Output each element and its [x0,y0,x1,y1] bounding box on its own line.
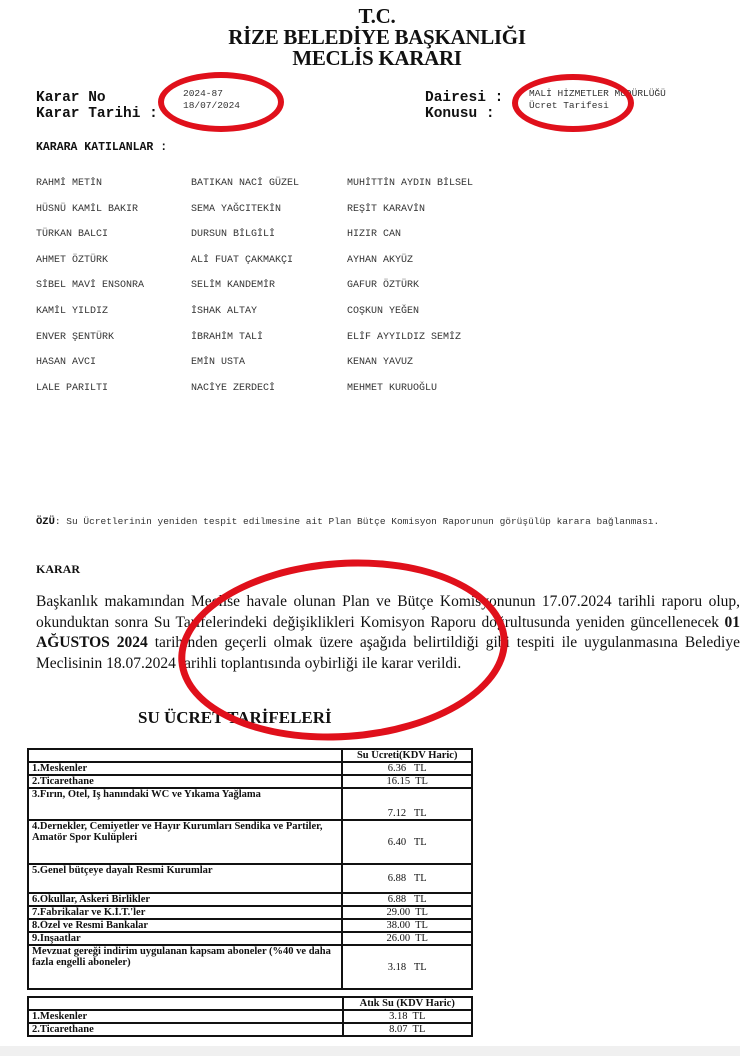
participant-name: SİBEL MAVİ ENSONRA [36,280,144,291]
tariff-price: 6.36 TL [342,762,472,775]
tariff-category: 6.Okullar, Askeri Birlikler [28,893,342,906]
tariff-category: 5.Genel bütçeye dayalı Resmi Kurumlar [28,864,342,893]
tariff-price: 6.40 TL [342,820,472,864]
tariff-category: 8.Özel ve Resmi Bankalar [28,919,342,932]
table-row: 2.Ticarethane8.07 TL [28,1023,472,1036]
participant-name: HIZIR CAN [347,229,401,240]
participant-name: TÜRKAN BALCI [36,229,108,240]
tariff-category: 3.Fırın, Otel, Iş hanındaki WC ve Yıkama… [28,788,342,820]
table-row: 5.Genel bütçeye dayalı Resmi Kurumlar6.8… [28,864,472,893]
table-header-row: Su Ücreti(KDV Haric) [28,749,472,762]
page-bottom-edge [0,1046,740,1056]
participant-name: MEHMET KURUOĞLU [347,383,437,394]
title-tc: T.C. [0,6,740,27]
tariff-category: 2.Ticarethane [28,775,342,788]
participant-name: GAFUR ÖZTÜRK [347,280,419,291]
wastewater-fee-header: Atık Su (KDV Haric) [343,997,472,1010]
participant-name: RAHMİ METİN [36,178,102,189]
table-row: 1.Meskenler6.36 TL [28,762,472,775]
karar-no-label: Karar No [36,90,106,106]
table-row: 4.Dernekler, Cemiyetler ve Hayır Kurumla… [28,820,472,864]
table-row: Mevzuat gereği indirim uygulanan kapsam … [28,945,472,989]
tariff-price: 6.88 TL [342,893,472,906]
tariff-price: 29.00 TL [342,906,472,919]
water-fee-header: Su Ücreti(KDV Haric) [342,749,472,762]
summary-paragraph: ÖZÜ: Su Ücretlerinin yeniden tespit edil… [36,514,706,530]
participant-name: AYHAN AKYÜZ [347,255,413,266]
table-row: 3.Fırın, Otel, Iş hanındaki WC ve Yıkama… [28,788,472,820]
tariff-price: 3.18 TL [343,1010,472,1023]
participant-name: EMİN USTA [191,357,245,368]
participant-name: AHMET ÖZTÜRK [36,255,108,266]
participant-name: SEMA YAĞCITEKİN [191,204,281,215]
table-row: 9.Inşaatlar26.00 TL [28,932,472,945]
tariff-category: 9.Inşaatlar [28,932,342,945]
participant-name: MUHİTTİN AYDIN BİLSEL [347,178,473,189]
tariff-category: 1.Meskenler [28,762,342,775]
participants-heading: KARARA KATILANLAR : [36,141,167,154]
summary-label: ÖZÜ [36,516,55,528]
participant-name: HÜSNÜ KAMİL BAKIR [36,204,138,215]
tariff-price: 6.88 TL [342,864,472,893]
tariff-price: 16.15 TL [342,775,472,788]
participant-name: ALİ FUAT ÇAKMAKÇI [191,255,293,266]
participant-name: ENVER ŞENTÜRK [36,332,114,343]
water-tariff-table: Su Ücreti(KDV Haric) 1.Meskenler6.36 TL2… [27,748,473,990]
participant-name: KAMİL YILDIZ [36,306,108,317]
konusu-label: Konusu : [425,106,495,122]
participant-name: SELİM KANDEMİR [191,280,275,291]
title-municipality: RİZE BELEDİYE BAŞKANLIĞI [0,27,740,48]
dairesi-label: Dairesi : [425,90,503,106]
tariff-price: 7.12 TL [342,788,472,820]
document-title: T.C. RİZE BELEDİYE BAŞKANLIĞI MECLİS KAR… [0,6,740,69]
tariff-category: 4.Dernekler, Cemiyetler ve Hayır Kurumla… [28,820,342,864]
tariff-price: 26.00 TL [342,932,472,945]
table-row: 1.Meskenler3.18 TL [28,1010,472,1023]
annotation-circle-dairesi [512,74,634,132]
table-row: 2.Ticarethane16.15 TL [28,775,472,788]
tariff-category: 1.Meskenler [28,1010,343,1023]
tariff-price: 3.18 TL [342,945,472,989]
participant-name: LALE PARILTI [36,383,108,394]
tariff-category: 7.Fabrikalar ve K.İ.T.'ler [28,906,342,919]
participant-name: İBRAHİM TALİ [191,332,263,343]
participant-name: İSHAK ALTAY [191,306,257,317]
decision-heading: KARAR [36,562,80,577]
participant-name: DURSUN BİLGİLİ [191,229,275,240]
wastewater-tariff-table: Atık Su (KDV Haric) 1.Meskenler3.18 TL2.… [27,996,473,1037]
table-row: 8.Özel ve Resmi Bankalar38.00 TL [28,919,472,932]
participant-name: COŞKUN YEĞEN [347,306,419,317]
annotation-circle-karar-no [158,72,284,132]
karar-tarihi-label: Karar Tarihi : [36,106,158,122]
participant-name: NACİYE ZERDECİ [191,383,275,394]
summary-text: : Su Ücretlerinin yeniden tespit edilmes… [55,516,659,527]
tariff-category: 2.Ticarethane [28,1023,343,1036]
title-council-decision: MECLİS KARARI [0,48,740,69]
table-header-row: Atık Su (KDV Haric) [28,997,472,1010]
table-row: 7.Fabrikalar ve K.İ.T.'ler29.00 TL [28,906,472,919]
participant-name: KENAN YAVUZ [347,357,413,368]
tariff-price: 8.07 TL [343,1023,472,1036]
tariff-price: 38.00 TL [342,919,472,932]
tariff-category: Mevzuat gereği indirim uygulanan kapsam … [28,945,342,989]
table-row: 6.Okullar, Askeri Birlikler6.88 TL [28,893,472,906]
participant-name: HASAN AVCI [36,357,96,368]
participant-name: ELİF AYYILDIZ SEMİZ [347,332,461,343]
participant-name: BATIKAN NACİ GÜZEL [191,178,299,189]
participant-name: REŞİT KARAVİN [347,204,425,215]
